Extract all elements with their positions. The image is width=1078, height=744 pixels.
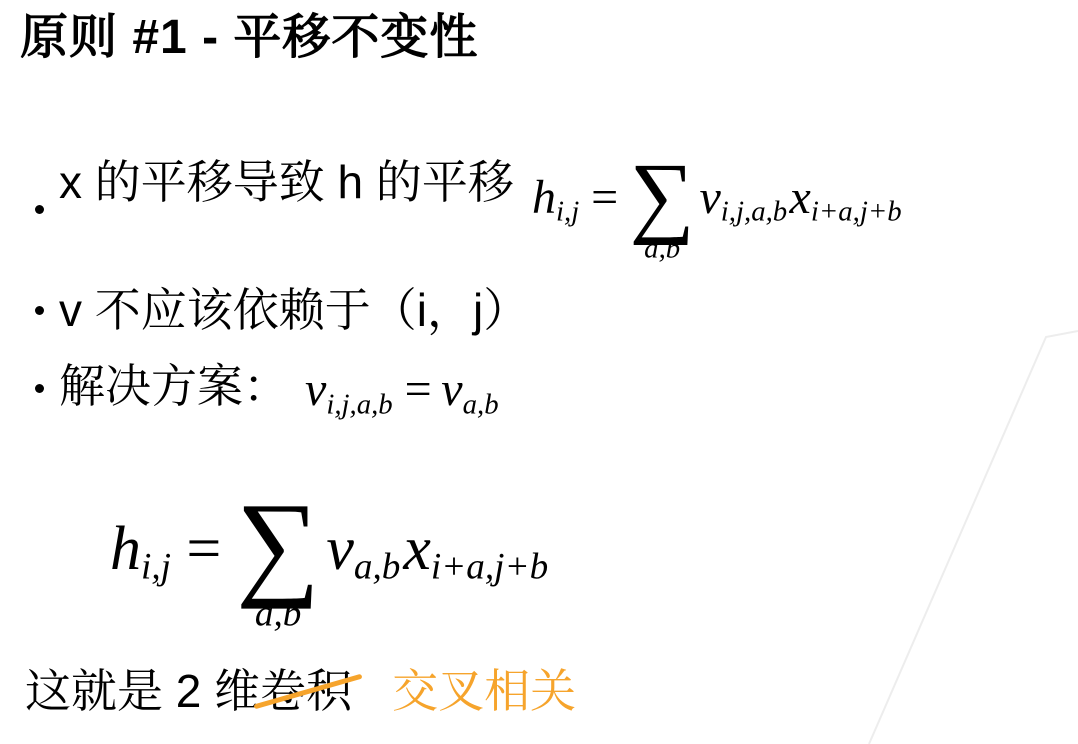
- formula-result: h i,j = ∑ a,b v a,b x i+a,j+b: [110, 482, 551, 616]
- input-subscript: i+a,j+b: [431, 549, 548, 586]
- summation-index: a,b: [644, 234, 680, 263]
- formula-lhs: v: [305, 366, 326, 414]
- bullet-marker: [35, 306, 44, 315]
- weight-var: v: [326, 518, 354, 580]
- equals-sign: =: [582, 174, 628, 222]
- bullet-3: 解决方案： v i,j,a,b = v a,b: [59, 362, 501, 414]
- footer-line: 这就是 2 维卷积 交叉相关: [25, 666, 576, 717]
- summation: ∑ a,b: [236, 499, 320, 633]
- equals-sign: =: [395, 366, 441, 414]
- formula-rhs-subscript: a,b: [463, 390, 499, 419]
- input-var: x: [790, 174, 811, 222]
- weight-subscript: i,j,a,b: [721, 198, 787, 227]
- formula-lhs-subscript: i,j: [556, 198, 579, 227]
- equals-sign: =: [174, 518, 234, 580]
- bullet-3-text: 解决方案：: [59, 362, 289, 410]
- weight-var: v: [699, 174, 720, 222]
- formula-lhs: h: [110, 518, 141, 580]
- struck-word: 卷积: [260, 666, 352, 717]
- slide: 原则 #1 - 平移不变性 x 的平移导致 h 的平移 h i,j = ∑ a,…: [0, 0, 1078, 744]
- footer-prefix: 这就是 2 维: [25, 666, 260, 717]
- sigma-symbol: ∑: [630, 159, 695, 230]
- formula-lhs-subscript: i,j,a,b: [326, 390, 392, 419]
- formula-lhs: h: [532, 174, 556, 222]
- formula-translation: h i,j = ∑ a,b v i,j,a,b x i+a,j+b: [532, 146, 904, 249]
- formula-lhs-subscript: i,j: [141, 549, 171, 586]
- sigma-symbol: ∑: [236, 499, 320, 591]
- bullet-marker: [35, 384, 44, 393]
- summation-index: a,b: [255, 596, 301, 633]
- bullet-1-text: x 的平移导致 h 的平移: [59, 158, 514, 206]
- weight-subscript: a,b: [354, 549, 400, 586]
- input-subscript: i+a,j+b: [811, 198, 902, 227]
- formula-solution: v i,j,a,b = v a,b: [305, 366, 501, 414]
- bullet-marker: [35, 205, 44, 214]
- footer-replacement: 交叉相关: [392, 666, 576, 717]
- summation: ∑ a,b: [630, 159, 695, 262]
- formula-rhs: v: [441, 366, 462, 414]
- bullet-2-text: v 不应该依赖于（i，j）: [59, 286, 529, 334]
- input-var: x: [403, 518, 431, 580]
- slide-title: 原则 #1 - 平移不变性: [20, 12, 478, 65]
